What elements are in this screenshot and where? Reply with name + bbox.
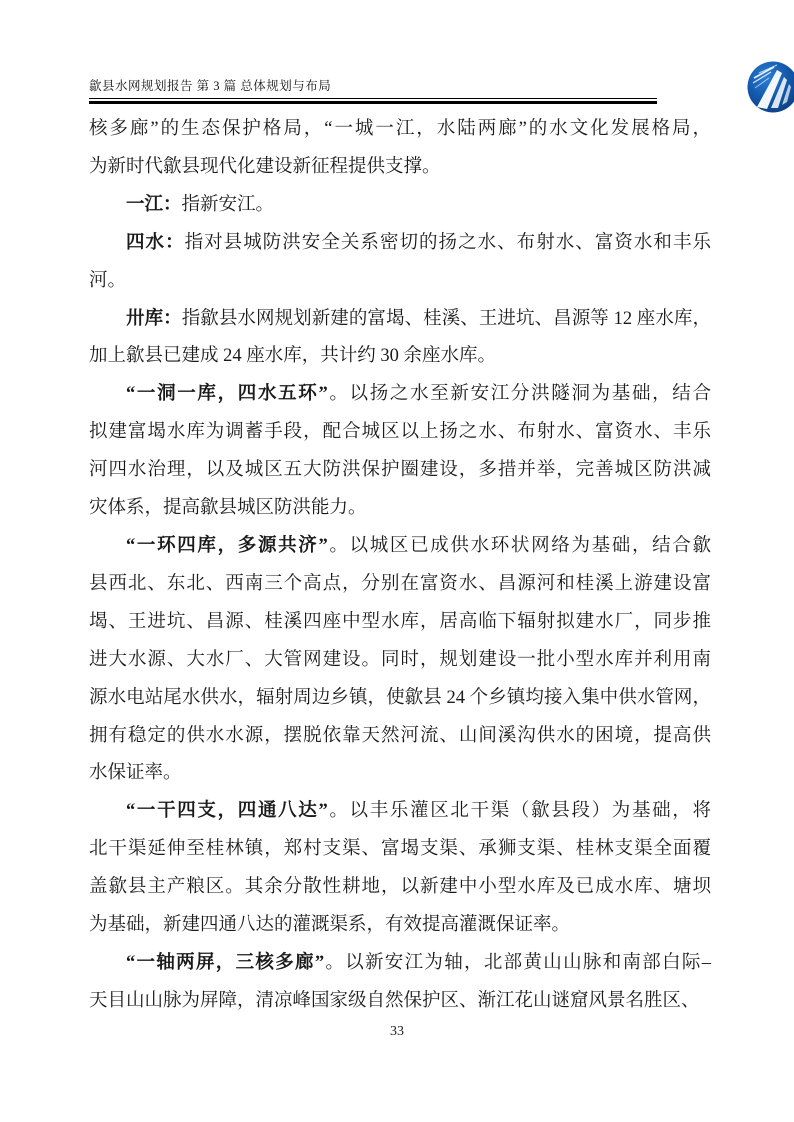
bold-lead-text: 四水： <box>126 233 185 253</box>
body-text: 为新时代歙县现代化建设新征程提供支撑。 <box>89 157 441 177</box>
body-text: 堨、王进坑、昌源、桂溪四座中型水库，居高临下辐射拟建水厂，同步推 <box>89 612 711 632</box>
body-text: 水保证率。 <box>89 763 182 783</box>
bold-lead-text: 一江： <box>126 195 182 215</box>
paragraph-1-line-0: 一江：指新安江。 <box>89 187 711 225</box>
body-text: 指对县城防洪安全关系密切的扬之水、布射水、富资水和丰乐 <box>185 233 711 253</box>
body-text: 北干渠延伸至桂林镇，郑村支渠、富堨支渠、承狮支渠、桂林支渠全面覆 <box>89 839 711 859</box>
body-text: 指新安江。 <box>182 195 275 215</box>
paragraph-5-line-2: 堨、王进坑、昌源、桂溪四座中型水库，居高临下辐射拟建水厂，同步推 <box>89 604 711 642</box>
paragraph-4-line-2: 河四水治理，以及城区五大防洪保护圈建设，多措并举，完善城区防洪减 <box>89 452 711 490</box>
header-rule-thick <box>89 101 657 104</box>
paragraph-2-line-0: 四水：指对县城防洪安全关系密切的扬之水、布射水、富资水和丰乐 <box>89 225 711 263</box>
paragraph-5-line-3: 进大水源、大水厂、大管网建设。同时，规划建设一批小型水库并利用南 <box>89 642 711 680</box>
body-text: 。以扬之水至新安江分洪隧洞为基础，结合 <box>328 384 711 404</box>
body-text: 河。 <box>89 271 126 291</box>
header-rule <box>89 98 657 104</box>
bold-lead-text: “一环四库，多源共济” <box>126 536 328 556</box>
bold-lead-text: “一洞一库，四水五环” <box>126 384 328 404</box>
paragraph-7-line-1: 天目山山脉为屏障，清凉峰国家级自然保护区、渐江花山谜窟风景名胜区、 <box>89 983 711 1021</box>
paragraph-0-line-0: 核多廊”的生态保护格局，“一城一江，水陆两廊”的水文化发展格局， <box>89 111 711 149</box>
body-text: 河四水治理，以及城区五大防洪保护圈建设，多措并举，完善城区防洪减 <box>89 460 711 480</box>
water-network-logo-icon <box>747 61 794 113</box>
body-text: 。以新安江为轴，北部黄山山脉和南部白际– <box>324 953 711 973</box>
body-text: 天目山山脉为屏障，清凉峰国家级自然保护区、渐江花山谜窟风景名胜区、 <box>89 991 700 1011</box>
paragraph-5-line-4: 源水电站尾水供水，辐射周边乡镇，使歙县 24 个乡镇均接入集中供水管网， <box>89 680 711 718</box>
body-text: 加上歙县已建成 24 座水库，共计约 30 余座水库。 <box>89 346 496 366</box>
paragraph-6-line-2: 盖歙县主产粮区。其余分散性耕地，以新建中小型水库及已成水库、塘坝 <box>89 869 711 907</box>
paragraph-3-line-0: 卅库：指歙县水网规划新建的富堨、桂溪、王进坑、昌源等 12 座水库， <box>89 301 711 339</box>
body-text: 核多廊”的生态保护格局，“一城一江，水陆两廊”的水文化发展格局， <box>89 119 711 139</box>
body-text: 县西北、东北、西南三个高点，分别在富资水、昌源河和桂溪上游建设富 <box>89 574 711 594</box>
paragraph-0-line-1: 为新时代歙县现代化建设新征程提供支撑。 <box>89 149 711 187</box>
bold-lead-text: “一轴两屏，三核多廊” <box>126 953 324 973</box>
paragraph-6-line-0: “一干四支，四通八达”。以丰乐灌区北干渠（歙县段）为基础，将 <box>89 793 711 831</box>
body-text: 灾体系，提高歙县城区防洪能力。 <box>89 498 367 518</box>
paragraph-4-line-0: “一洞一库，四水五环”。以扬之水至新安江分洪隧洞为基础，结合 <box>89 376 711 414</box>
page-number: 33 <box>390 1024 404 1039</box>
paragraph-6-line-3: 为基础，新建四通八达的灌溉渠系，有效提高灌溉保证率。 <box>89 907 711 945</box>
paragraph-6-line-1: 北干渠延伸至桂林镇，郑村支渠、富堨支渠、承狮支渠、桂林支渠全面覆 <box>89 831 711 869</box>
paragraph-5-line-5: 拥有稳定的供水水源，摆脱依靠天然河流、山间溪沟供水的困境，提高供 <box>89 718 711 756</box>
paragraph-4-line-3: 灾体系，提高歙县城区防洪能力。 <box>89 490 711 528</box>
document-body: 核多廊”的生态保护格局，“一城一江，水陆两廊”的水文化发展格局，为新时代歙县现代… <box>89 111 711 1021</box>
document-page: 歙县水网规划报告 第 3 篇 总体规划与布局 <box>0 0 794 1122</box>
body-text: 拥有稳定的供水水源，摆脱依靠天然河流、山间溪沟供水的困境，提高供 <box>89 726 711 746</box>
page-footer: 33 <box>0 1024 794 1040</box>
paragraph-2-line-1: 河。 <box>89 263 711 301</box>
body-text: 为基础，新建四通八达的灌溉渠系，有效提高灌溉保证率。 <box>89 915 570 935</box>
body-text: 进大水源、大水厂、大管网建设。同时，规划建设一批小型水库并利用南 <box>89 650 711 670</box>
paragraph-3-line-1: 加上歙县已建成 24 座水库，共计约 30 余座水库。 <box>89 338 711 376</box>
paragraph-5-line-1: 县西北、东北、西南三个高点，分别在富资水、昌源河和桂溪上游建设富 <box>89 566 711 604</box>
header-rule-thin <box>89 98 657 99</box>
body-text: 源水电站尾水供水，辐射周边乡镇，使歙县 24 个乡镇均接入集中供水管网， <box>89 688 711 708</box>
body-text: 。以丰乐灌区北干渠（歙县段）为基础，将 <box>328 801 711 821</box>
paragraph-5-line-6: 水保证率。 <box>89 755 711 793</box>
paragraph-5-line-0: “一环四库，多源共济”。以城区已成供水环状网络为基础，结合歙 <box>89 528 711 566</box>
bold-lead-text: “一干四支，四通八达” <box>126 801 328 821</box>
body-text: 盖歙县主产粮区。其余分散性耕地，以新建中小型水库及已成水库、塘坝 <box>89 877 711 897</box>
paragraph-4-line-1: 拟建富堨水库为调蓄手段，配合城区以上扬之水、布射水、富资水、丰乐 <box>89 414 711 452</box>
body-text: 指歙县水网规划新建的富堨、桂溪、王进坑、昌源等 12 座水库， <box>182 309 711 329</box>
page-header: 歙县水网规划报告 第 3 篇 总体规划与布局 <box>89 76 710 104</box>
body-text: 。以城区已成供水环状网络为基础，结合歙 <box>328 536 711 556</box>
paragraph-7-line-0: “一轴两屏，三核多廊”。以新安江为轴，北部黄山山脉和南部白际– <box>89 945 711 983</box>
bold-lead-text: 卅库： <box>126 309 182 329</box>
body-text: 拟建富堨水库为调蓄手段，配合城区以上扬之水、布射水、富资水、丰乐 <box>89 422 711 442</box>
header-title: 歙县水网规划报告 第 3 篇 总体规划与布局 <box>89 76 331 98</box>
